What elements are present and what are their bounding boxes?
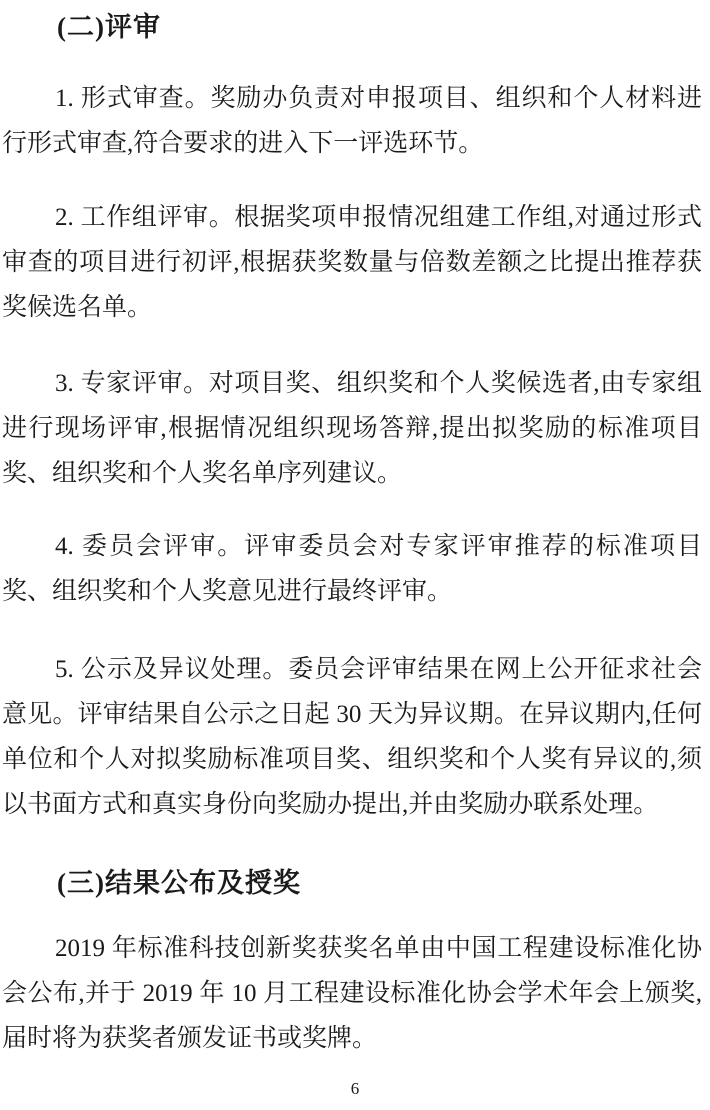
document-page: (二)评审 1. 形式审查。奖励办负责对申报项目、组织和个人材料进行形式审查,符… [0,0,710,1110]
section-heading-results-award: (三)结果公布及授奖 [2,861,702,906]
paragraph-expert-review: 3. 专家评审。对项目奖、组织奖和个人奖候选者,由专家组进行现场评审,根据情况组… [2,361,702,496]
page-number: 6 [0,1078,710,1100]
paragraph-workgroup-review: 2. 工作组评审。根据奖项申报情况组建工作组,对通过形式审查的项目进行初评,根据… [2,195,702,330]
document-content: (二)评审 1. 形式审查。奖励办负责对申报项目、组织和个人材料进行形式审查,符… [0,0,710,1061]
paragraph-results-announcement: 2019 年标准科技创新奖获奖名单由中国工程建设标准化协会公布,并于 2019 … [2,926,702,1061]
paragraph-publicity-objection: 5. 公示及异议处理。委员会评审结果在网上公开征求社会意见。评审结果自公示之日起… [2,647,702,827]
section-heading-review: (二)评审 [2,5,702,50]
paragraph-committee-review: 4. 委员会评审。评审委员会对专家评审推荐的标准项目奖、组织奖和个人奖意见进行最… [2,524,702,614]
paragraph-formal-examination: 1. 形式审查。奖励办负责对申报项目、组织和个人材料进行形式审查,符合要求的进入… [2,76,702,166]
